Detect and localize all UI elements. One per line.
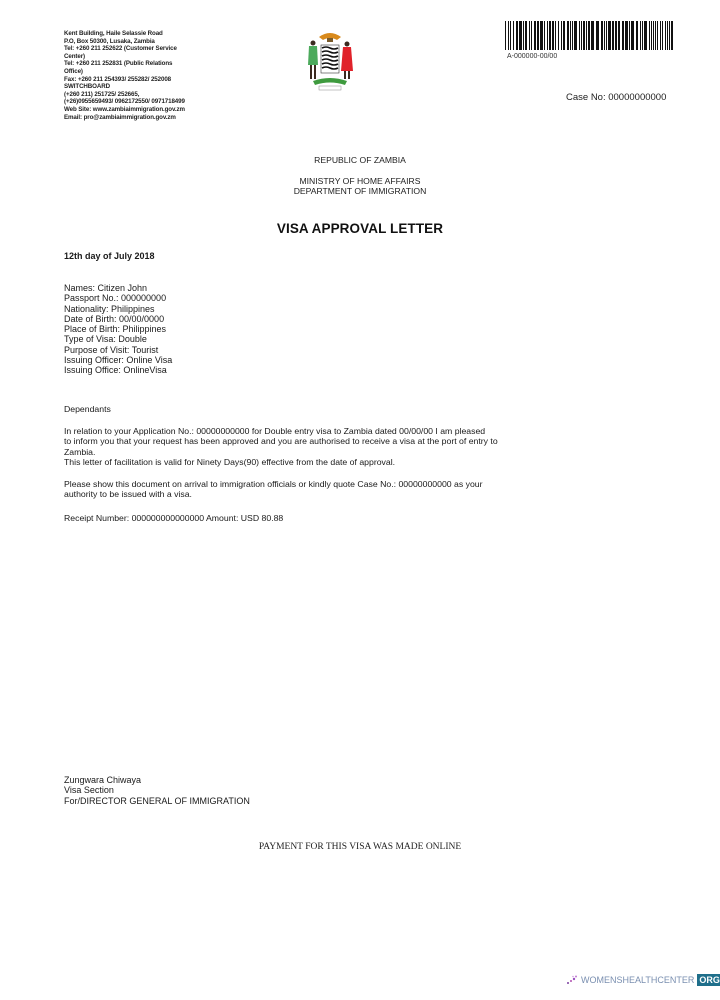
address-line: Web Site: www.zambiaimmigration.gov.zm — [64, 106, 224, 114]
signatory-name: Zungwara Chiwaya — [64, 775, 250, 785]
detail-pob: Place of Birth: Philippines — [64, 324, 172, 334]
department-heading: DEPARTMENT OF IMMIGRATION — [0, 186, 720, 196]
address-line: SWITCHBOARD — [64, 83, 224, 91]
paragraph-line: Zambia. — [64, 447, 584, 457]
detail-issuing-officer: Issuing Officer: Online Visa — [64, 355, 172, 365]
dots-logo-icon — [566, 975, 578, 985]
case-number: Case No: 00000000000 — [566, 92, 666, 103]
address-line: Kent Building, Haile Selassie Road — [64, 30, 224, 38]
receipt-line: Receipt Number: 000000000000000 Amount: … — [64, 513, 584, 523]
detail-visa-type: Type of Visa: Double — [64, 334, 172, 344]
paragraph-line: In relation to your Application No.: 000… — [64, 426, 584, 436]
barcode — [505, 21, 677, 50]
address-line: P.O, Box 50300, Lusaka, Zambia — [64, 38, 224, 46]
address-line: (+26)0955659493/ 0962172550/ 0971718499 — [64, 98, 224, 106]
address-line: Email: pro@zambiaimmigration.gov.zm — [64, 114, 224, 122]
address-block: Kent Building, Haile Selassie Road P.O, … — [64, 30, 224, 121]
approval-paragraph: In relation to your Application No.: 000… — [64, 426, 584, 467]
detail-dob: Date of Birth: 00/00/0000 — [64, 314, 172, 324]
address-line: Tel: +260 211 252622 (Customer Service — [64, 45, 224, 53]
paragraph-line: This letter of facilitation is valid for… — [64, 457, 584, 467]
signatory-section: Visa Section — [64, 785, 250, 795]
paragraph-line: to inform you that your request has been… — [64, 436, 584, 446]
watermark-text: WOMENSHEALTHCENTER — [581, 975, 694, 985]
paragraph-line: Please show this document on arrival to … — [64, 479, 584, 489]
zambia-coat-of-arms-icon — [305, 27, 355, 93]
ministry-heading: MINISTRY OF HOME AFFAIRS — [0, 176, 720, 186]
watermark: WOMENSHEALTHCENTER ORG — [566, 974, 720, 986]
detail-issuing-office: Issuing Office: OnlineVisa — [64, 365, 172, 375]
address-line: Office) — [64, 68, 224, 76]
barcode-number: A-000000-00/00 — [507, 53, 557, 60]
letter-title: VISA APPROVAL LETTER — [0, 221, 720, 236]
address-line: Fax: +260 211 254393/ 255282/ 252008 — [64, 76, 224, 84]
dependants-label: Dependants — [64, 404, 584, 414]
address-line: (+260 211) 251725/ 252665, — [64, 91, 224, 99]
republic-heading: REPUBLIC OF ZAMBIA — [0, 155, 720, 165]
instruction-paragraph: Please show this document on arrival to … — [64, 479, 584, 500]
address-line: Tel: +260 211 252831 (Public Relations — [64, 60, 224, 68]
paragraph-line: authority to be issued with a visa. — [64, 489, 584, 499]
applicant-details: Names: Citizen John Passport No.: 000000… — [64, 283, 172, 376]
detail-passport: Passport No.: 000000000 — [64, 293, 172, 303]
address-line: Center) — [64, 53, 224, 61]
watermark-badge: ORG — [697, 974, 720, 986]
letter-date: 12th day of July 2018 — [64, 251, 155, 261]
payment-note: PAYMENT FOR THIS VISA WAS MADE ONLINE — [0, 842, 720, 852]
signature-block: Zungwara Chiwaya Visa Section For/DIRECT… — [64, 775, 250, 806]
detail-nationality: Nationality: Philippines — [64, 304, 172, 314]
detail-purpose: Purpose of Visit: Tourist — [64, 345, 172, 355]
signatory-title: For/DIRECTOR GENERAL OF IMMIGRATION — [64, 796, 250, 806]
detail-name: Names: Citizen John — [64, 283, 172, 293]
